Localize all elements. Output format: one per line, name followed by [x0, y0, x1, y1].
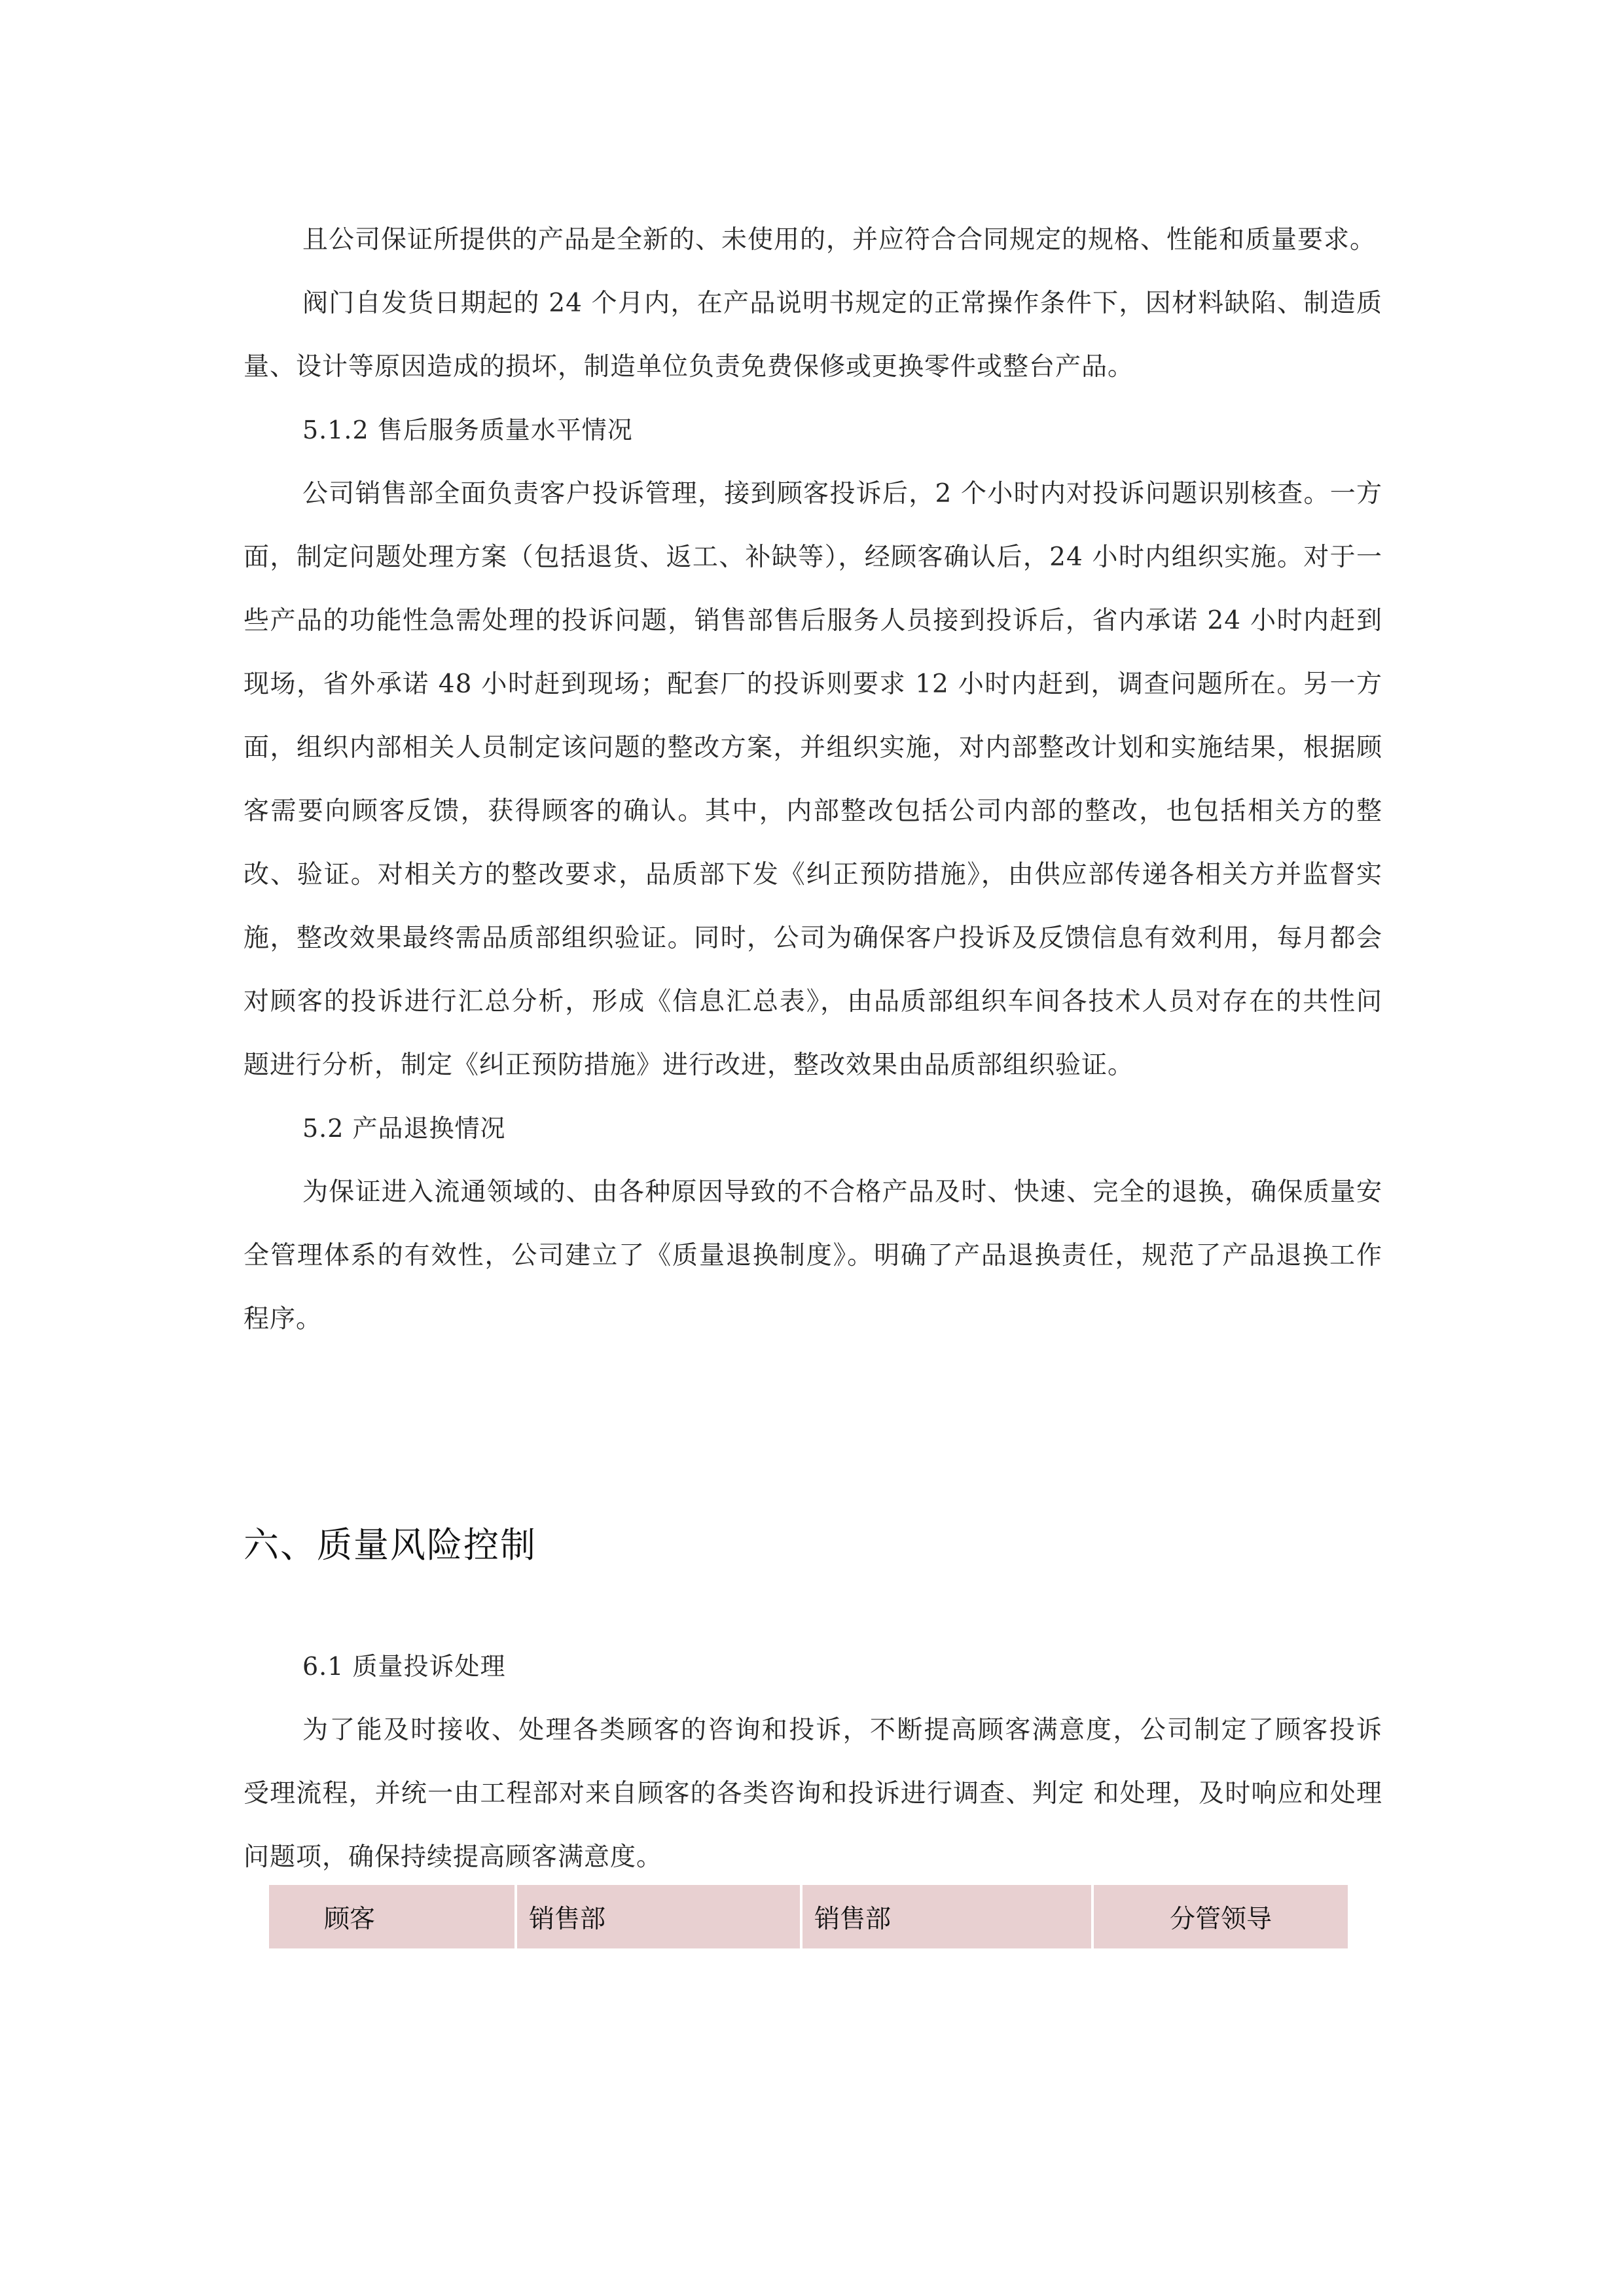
- paragraph-warranty-period: 阀门自发货日期起的 24 个月内，在产品说明书规定的正常操作条件下，因材料缺陷、…: [244, 272, 1382, 399]
- complaint-flow-table-header: 顾客 销售部 销售部 分管领导: [269, 1885, 1348, 1948]
- table-header-sales-2: 销售部: [803, 1885, 1091, 1948]
- section-5-1-2-body: 公司销售部全面负责客户投诉管理，接到顾客投诉后，2 个小时内对投诉问题识别核查。…: [244, 462, 1382, 1097]
- section-6-1-title: 6.1 质量投诉处理: [244, 1635, 1382, 1698]
- section-6-1-body: 为了能及时接收、处理各类顾客的咨询和投诉，不断提高顾客满意度，公司制定了顾客投诉…: [244, 1698, 1382, 1889]
- section-5-2-body: 为保证进入流通领域的、由各种原因导致的不合格产品及时、快速、完全的退换，确保质量…: [244, 1160, 1382, 1351]
- chapter-6-heading: 六、质量风险控制: [244, 1517, 537, 1568]
- section-5-1-2-title: 5.1.2 售后服务质量水平情况: [244, 399, 1382, 462]
- table-header-customer: 顾客: [269, 1885, 514, 1948]
- table-header-supervising-leader: 分管领导: [1094, 1885, 1348, 1948]
- paragraph-warranty-quality: 且公司保证所提供的产品是全新的、未使用的，并应符合合同规定的规格、性能和质量要求…: [244, 208, 1382, 272]
- table-header-sales-1: 销售部: [517, 1885, 800, 1948]
- section-5-2-title: 5.2 产品退换情况: [244, 1097, 1382, 1160]
